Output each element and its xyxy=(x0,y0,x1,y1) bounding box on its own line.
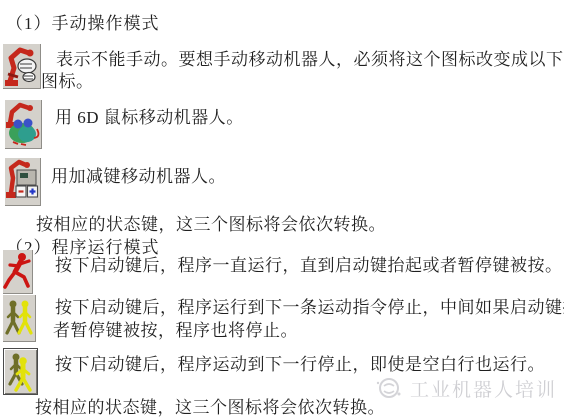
single-line-step-icon xyxy=(3,348,38,395)
inc-dec-keys-icon xyxy=(5,158,41,206)
motion-step-icon xyxy=(3,295,36,342)
document-page: （1）手动操作模式 表示不能手动。要想手动移动机器人，必须将这个图标改变成以下两… xyxy=(0,0,564,419)
inc-dec-keys-description: 用加减键移动机器人。 xyxy=(51,166,551,188)
section2-footer: 按相应的状态键，这三个图标将会依次转换。 xyxy=(35,397,555,419)
single-line-step-description: 按下启动键后，程序运动到下一行停止，即使是空白行也运行。 xyxy=(55,354,560,376)
run-continuous-icon xyxy=(3,250,33,294)
six-d-mouse-icon xyxy=(5,100,42,149)
jog-disabled-icon xyxy=(3,44,41,89)
jog-disabled-description: 表示不能手动。要想手动移动机器人，必须将这个图标改变成以下两个 图标。 xyxy=(41,49,559,93)
run-continuous-description: 按下启动键后，程序一直运行，直到启动键抬起或者暂停键被按。 xyxy=(55,255,560,277)
motion-step-description: 按下启动键后，程序运行到下一条运动指令停止，中间如果启动键抬起或 者暂停键被按，… xyxy=(53,296,561,342)
section1-heading: （1）手动操作模式 xyxy=(6,9,160,34)
six-d-mouse-description: 用 6D 鼠标移动机器人。 xyxy=(55,107,555,129)
